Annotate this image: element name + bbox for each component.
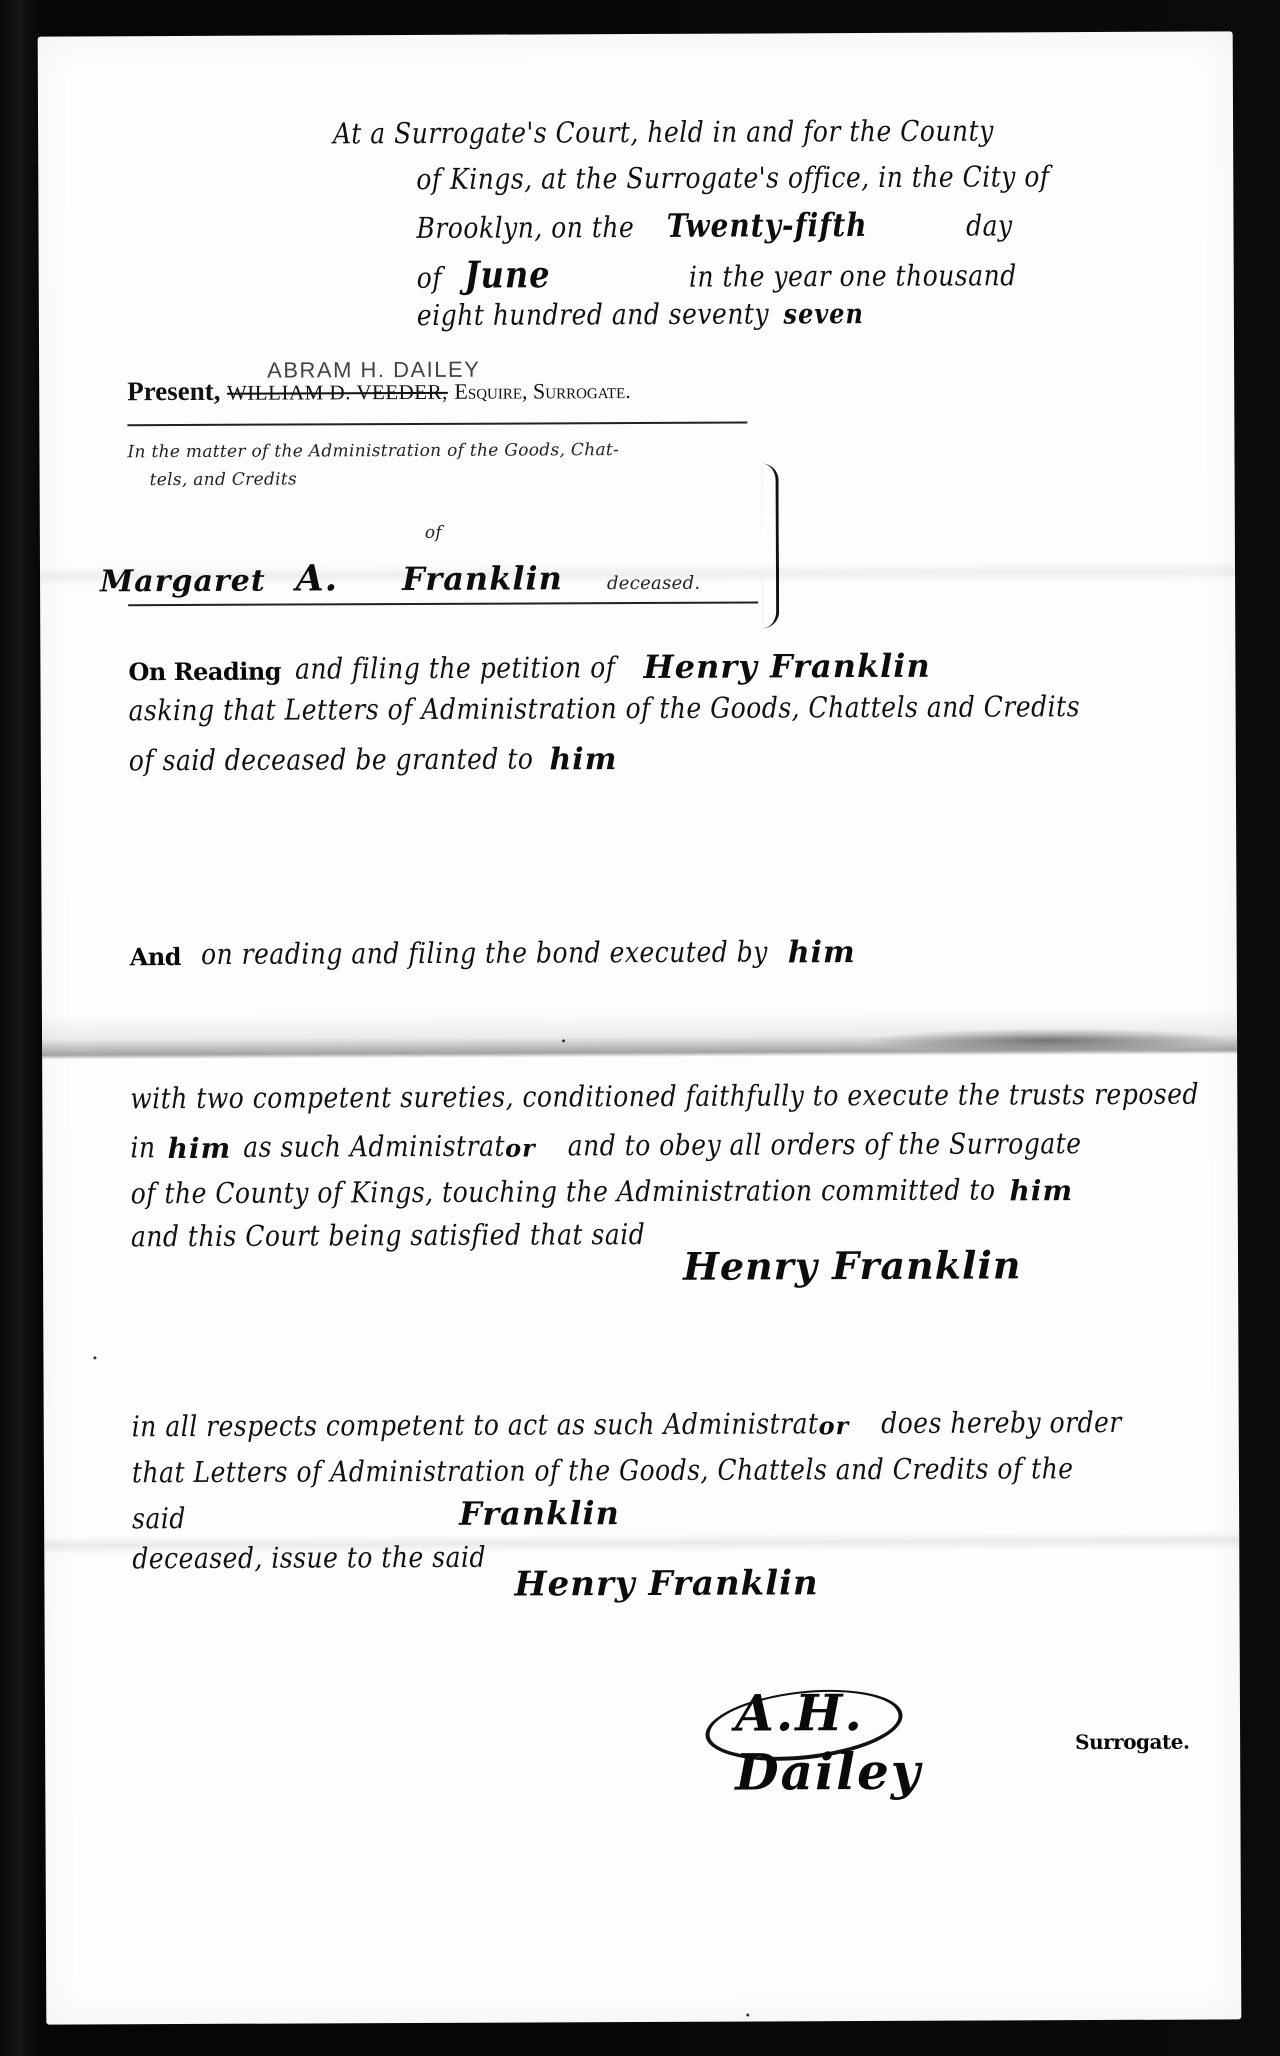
order-hereby: does hereby order [881, 1406, 1122, 1440]
document-page: At a Surrogate's Court, held in and for … [38, 31, 1242, 2024]
surrogate-title-label: Surrogate. [1075, 1730, 1189, 1754]
fold-shadow [862, 1027, 1232, 1053]
caption-bottom-rule [128, 601, 758, 605]
header-line-3: Brooklyn, on the Twenty-fifth day [416, 205, 1012, 246]
speck [746, 2014, 749, 2017]
caption-brace [762, 463, 780, 628]
petition-line-1: On Reading and filing the petition of He… [128, 647, 930, 689]
petition-text-3: of said deceased be granted to [129, 742, 534, 777]
order-line-3: said [132, 1502, 186, 1536]
deceased-label: deceased. [607, 573, 701, 594]
petitioner-name: Henry Franklin [643, 647, 930, 686]
header-line-2: of Kings, at the Surrogate's office, in … [416, 160, 1049, 196]
caption-of: of [425, 523, 442, 543]
header-line-5-prefix: eight hundred and seventy [417, 297, 769, 332]
order-or-suffix: or [819, 1411, 850, 1440]
court-day: Twenty-fifth [667, 206, 868, 245]
order-surname: Franklin [459, 1494, 620, 1533]
header-line-3-suffix: day [966, 209, 1013, 243]
sureties-line-2: in him as such Administrator and to obey… [130, 1128, 1081, 1165]
petition-line-3: of said deceased be granted to him [129, 742, 618, 779]
bond-pronoun: him [788, 935, 856, 970]
sureties-in: in [130, 1131, 155, 1164]
header-line-5: eight hundred and seventy seven [417, 297, 864, 332]
signature-name: A.H. Dailey [735, 1683, 922, 1802]
petition-pronoun: him [549, 742, 617, 777]
present-line: Present, WILLIAM D. VEEDER, Esquire, Sur… [127, 374, 631, 407]
order-line-1: in all respects competent to act as such… [132, 1410, 1122, 1443]
committed-pronoun: him [1009, 1174, 1073, 1207]
header-line-1: At a Surrogate's Court, held in and for … [333, 114, 994, 150]
struck-surrogate-name: WILLIAM D. VEEDER, [227, 380, 448, 405]
sureties-administrat: as such Administrat [243, 1129, 505, 1163]
header-line-4: of June in the year one thousand [417, 251, 1017, 297]
caption-line-2: tels, and Credits [150, 469, 297, 490]
petition-line-2: asking that Letters of Administration of… [129, 690, 1081, 728]
satisfied-name: Henry Franklin [683, 1242, 1022, 1288]
present-label: Present, [127, 376, 220, 406]
petition-text-1: and filing the petition of [295, 651, 616, 686]
sureties-or-suffix: or [505, 1133, 536, 1162]
order-competent: in all respects competent to act as such… [132, 1407, 819, 1443]
header-line-4-suffix: in the year one thousand [689, 259, 1017, 294]
deceased-middle-initial: A. [296, 557, 339, 599]
sureties-obey: and to obey all orders of the Surrogate [568, 1127, 1082, 1163]
and-heading: And [130, 942, 181, 971]
speck [562, 1039, 565, 1042]
sureties-line-3: of the County of Kings, touching the Adm… [131, 1174, 1074, 1211]
satisfied-line: and this Court being satisfied that said [131, 1218, 645, 1254]
bond-text: on reading and filing the bond executed … [201, 935, 768, 971]
order-line-2: that Letters of Administration of the Go… [132, 1452, 1074, 1489]
caption-line-1: In the matter of the Administration of t… [127, 440, 619, 462]
speck [93, 1356, 96, 1359]
deceased-first-name: Margaret [100, 564, 266, 600]
caption-top-rule [127, 422, 747, 426]
deceased-surname: Franklin [402, 559, 563, 598]
court-month: June [464, 253, 550, 297]
order-line-4: deceased, issue to the said [132, 1540, 486, 1575]
sureties-county: of the County of Kings, touching the Adm… [131, 1173, 996, 1210]
court-year: seven [783, 297, 864, 331]
sureties-pronoun: him [168, 1132, 232, 1165]
grantee-name: Henry Franklin [514, 1563, 818, 1604]
header-line-3-prefix: Brooklyn, on the [416, 211, 634, 245]
bond-line: And on reading and filing the bond execu… [130, 935, 856, 973]
deceased-name-line: Margaret A. Franklin deceased. [100, 556, 701, 601]
on-reading-heading: On Reading [128, 657, 281, 687]
sureties-line-1: with two competent sureties, conditioned… [130, 1077, 1199, 1115]
header-line-4-prefix: of [417, 261, 442, 294]
surrogate-title: Esquire, Surrogate. [454, 378, 630, 404]
